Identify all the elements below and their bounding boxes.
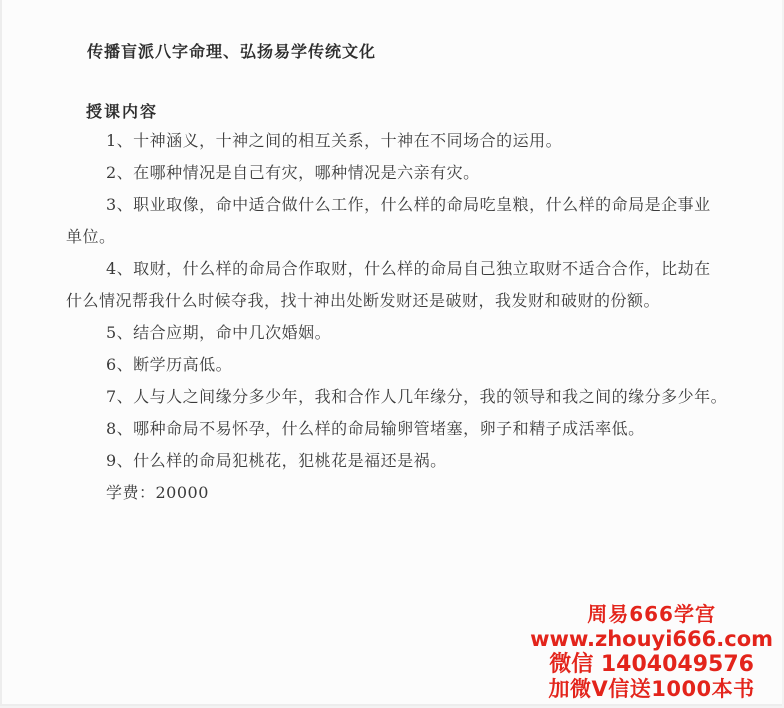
section-heading-course-content: 授课内容 — [86, 99, 158, 122]
document-line: 单位。 — [66, 221, 718, 253]
document-line: 9、什么样的命局犯桃花，犯桃花是福还是祸。 — [66, 445, 718, 477]
watermark-line: www.zhouyi666.com — [530, 627, 773, 652]
document-line: 学费：20000 — [66, 477, 718, 509]
watermark-line: 加微V信送1000本书 — [530, 677, 773, 702]
document-title: 传播盲派八字命理、弘扬易学传统文化 — [87, 39, 376, 62]
document-line: 7、人与人之间缘分多少年，我和合作人几年缘分，我的领导和我之间的缘分多少年。 — [66, 381, 718, 413]
document-page: 传播盲派八字命理、弘扬易学传统文化 授课内容 1、十神涵义，十神之间的相互关系，… — [0, 0, 782, 706]
document-line: 4、取财，什么样的命局合作取财，什么样的命局自己独立取财不适合合作，比劫在 — [66, 253, 718, 285]
document-line: 什么情况帮我什么时候夺我，找十神出处断发财还是破财，我发财和破财的份额。 — [66, 285, 718, 317]
document-line: 3、职业取像，命中适合做什么工作，什么样的命局吃皇粮，什么样的命局是企事业 — [66, 189, 718, 221]
document-line: 1、十神涵义，十神之间的相互关系，十神在不同场合的运用。 — [66, 125, 718, 157]
document-line: 8、哪种命局不易怀孕，什么样的命局输卵管堵塞，卵子和精子成活率低。 — [66, 413, 718, 445]
watermark-line: 微信 1404049576 — [530, 652, 773, 677]
watermark-line: 周易666学宫 — [530, 602, 773, 627]
watermark-contact-block: 周易666学宫www.zhouyi666.com微信 1404049576加微V… — [530, 602, 773, 702]
document-line: 2、在哪种情况是自己有灾，哪种情况是六亲有灾。 — [66, 157, 718, 189]
document-line: 6、断学历高低。 — [66, 349, 718, 381]
document-lines: 1、十神涵义，十神之间的相互关系，十神在不同场合的运用。2、在哪种情况是自己有灾… — [66, 125, 718, 509]
document-line: 5、结合应期，命中几次婚姻。 — [66, 317, 718, 349]
